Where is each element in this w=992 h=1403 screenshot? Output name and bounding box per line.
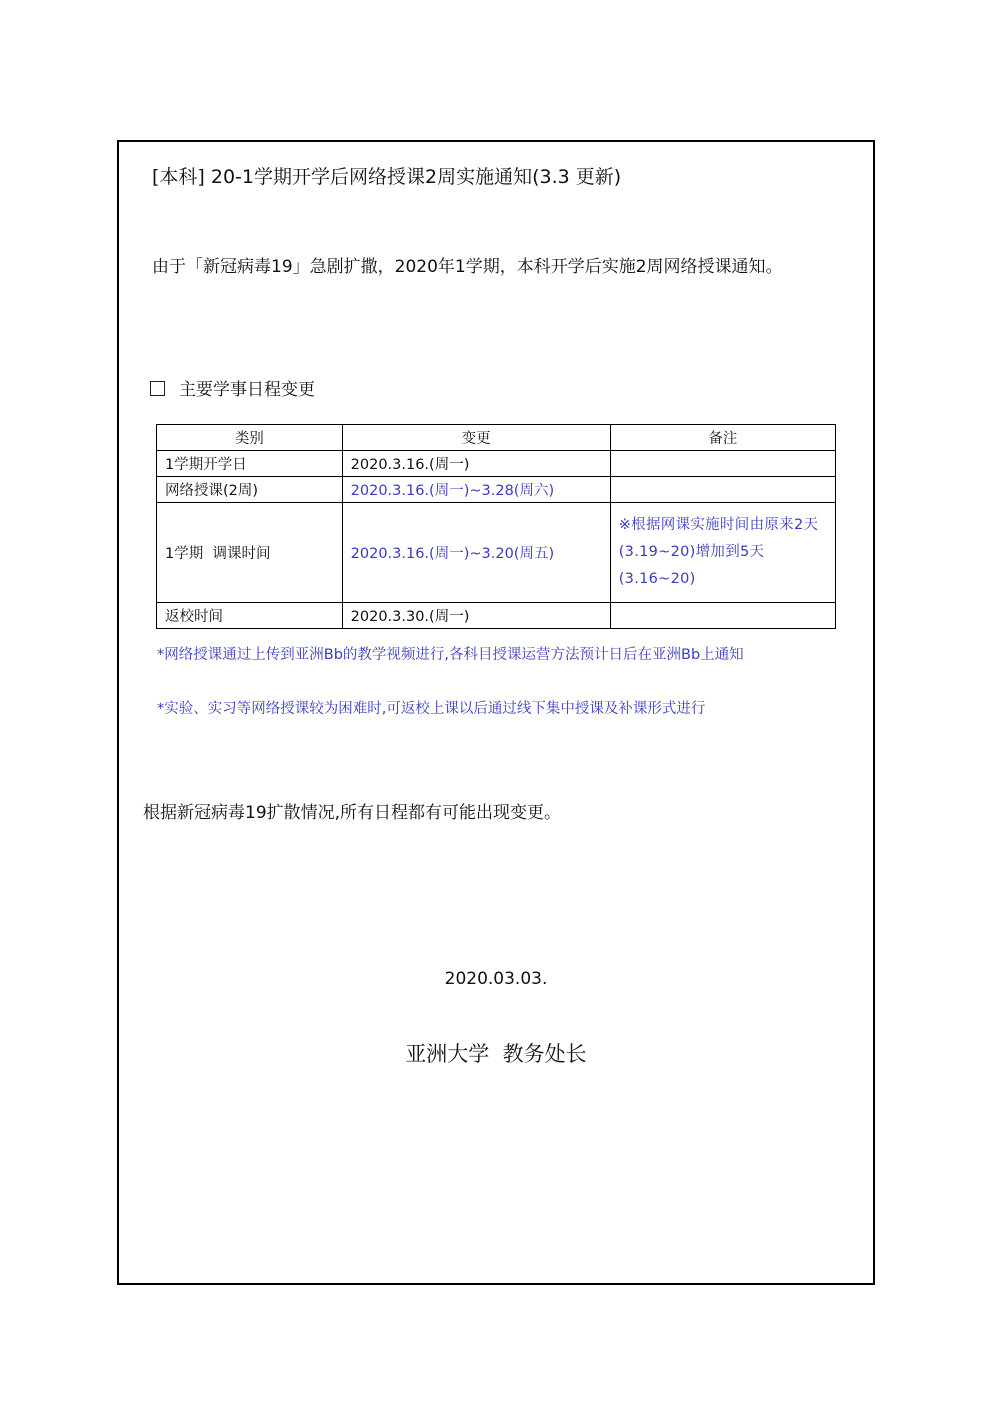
schedule-change-warning: 根据新冠病毒19扩散情况,所有日程都有可能出现变更。 <box>143 798 561 823</box>
header-change: 变更 <box>342 425 610 451</box>
cell-change: 2020.3.16.(周一) <box>342 451 610 477</box>
header-remark: 备注 <box>610 425 835 451</box>
note-online-lecture: *网络授课通过上传到亚洲Bb的教学视频进行,各科目授课运营方法预计日后在亚洲Bb… <box>157 643 744 664</box>
cell-category: 网络授课(2周) <box>157 477 343 503</box>
cell-remark <box>610 451 835 477</box>
signature: 亚洲大学 教务处长 <box>0 1038 992 1068</box>
section-heading: 主要学事日程变更 <box>150 375 315 400</box>
cell-category: 1学期 调课时间 <box>157 503 343 603</box>
checkbox-square-icon <box>150 381 165 396</box>
table-row: 1学期 调课时间 2020.3.16.(周一)~3.20(周五) ※根据网课实施… <box>157 503 836 603</box>
table-row: 网络授课(2周) 2020.3.16.(周一)~3.28(周六) <box>157 477 836 503</box>
notice-date: 2020.03.03. <box>0 969 992 989</box>
table-row: 返校时间 2020.3.30.(周一) <box>157 603 836 629</box>
schedule-table: 类别 变更 备注 1学期开学日 2020.3.16.(周一) 网络授课(2周) … <box>156 424 836 629</box>
cell-change: 2020.3.16.(周一)~3.20(周五) <box>342 503 610 603</box>
cell-remark <box>610 603 835 629</box>
notice-title: [本科] 20-1学期开学后网络授课2周实施通知(3.3 更新) <box>152 162 621 189</box>
note-lab-practice: *实验、实习等网络授课较为困难时,可返校上课以后通过线下集中授课及补课形式进行 <box>157 697 705 718</box>
cell-category: 1学期开学日 <box>157 451 343 477</box>
cell-remark <box>610 477 835 503</box>
cell-remark: ※根据网课实施时间由原来2天(3.19~20)增加到5天(3.16~20) <box>610 503 835 603</box>
section-heading-label: 主要学事日程变更 <box>179 380 315 400</box>
cell-category: 返校时间 <box>157 603 343 629</box>
table-header-row: 类别 变更 备注 <box>157 425 836 451</box>
cell-change: 2020.3.30.(周一) <box>342 603 610 629</box>
intro-paragraph: 由于「新冠病毒19」急剧扩撒，2020年1学期，本科开学后实施2周网络授课通知。 <box>144 252 856 283</box>
header-category: 类别 <box>157 425 343 451</box>
cell-change: 2020.3.16.(周一)~3.28(周六) <box>342 477 610 503</box>
table-row: 1学期开学日 2020.3.16.(周一) <box>157 451 836 477</box>
